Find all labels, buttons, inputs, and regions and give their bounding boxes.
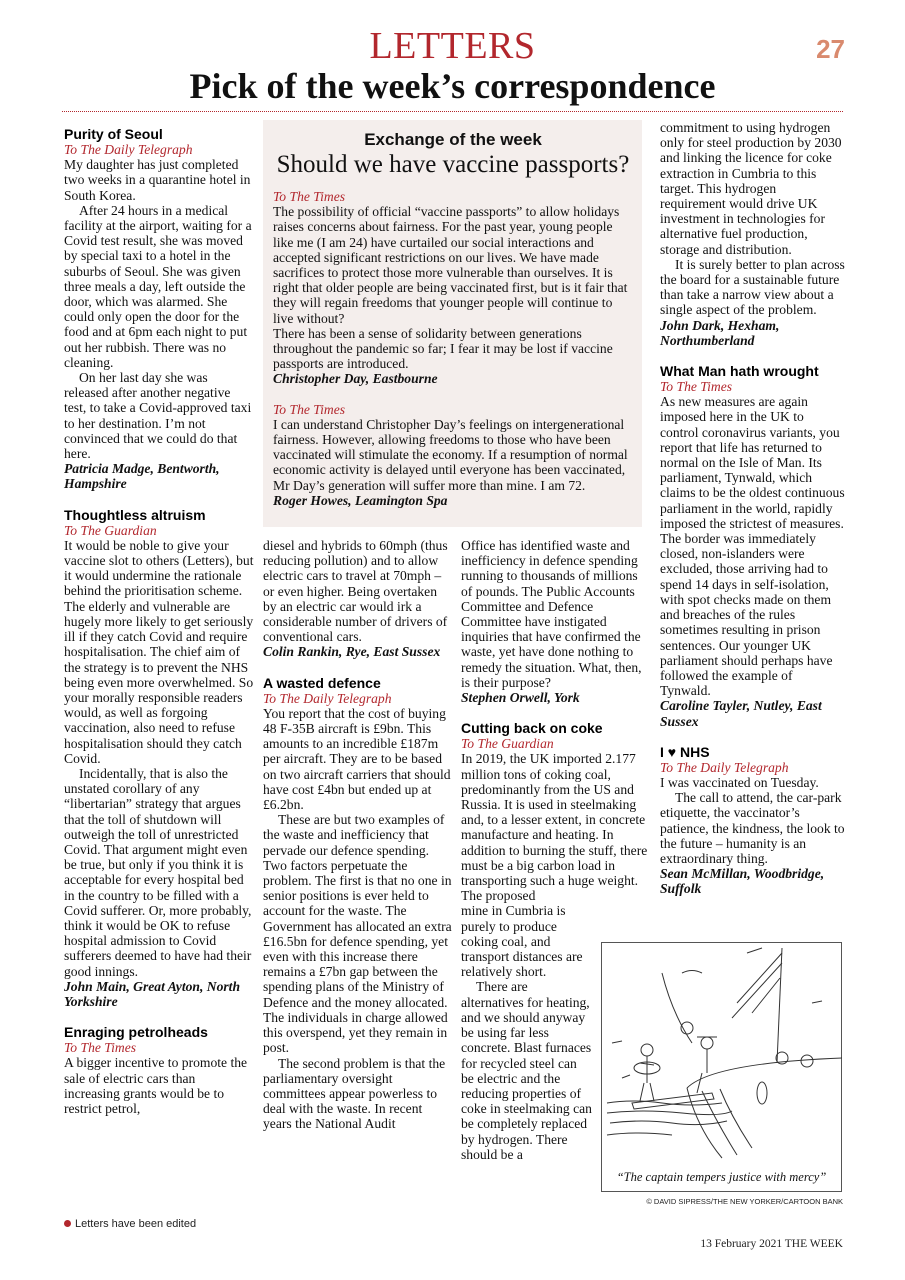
column-4: commitment to using hydrogen only for st… xyxy=(660,120,845,897)
letter-recipient: To The Times xyxy=(660,379,845,394)
letter-paragraph: I can understand Christopher Day’s feeli… xyxy=(273,417,633,493)
letter-paragraph: mine in Cumbria is purely to produce cok… xyxy=(461,903,593,979)
page-number: 27 xyxy=(816,34,845,65)
letter-signature: Patricia Madge, Bentworth, Hampshire xyxy=(64,461,254,491)
letter-paragraph: The call to attend, the car-park etiquet… xyxy=(660,790,845,866)
letter-paragraph: As new measures are again imposed here i… xyxy=(660,394,845,698)
letter-paragraph: My daughter has just completed two weeks… xyxy=(64,157,254,203)
section-title: LETTERS xyxy=(60,26,845,66)
letter-paragraph: There has been a sense of solidarity bet… xyxy=(273,326,633,372)
exchange-of-the-week-box: Exchange of the week Should we have vacc… xyxy=(263,120,642,527)
exchange-letter-2: To The Times I can understand Christophe… xyxy=(273,402,633,508)
letter-thoughtless-altruism: Thoughtless altruism To The Guardian It … xyxy=(64,507,254,1010)
cartoon: “The captain tempers justice with mercy” xyxy=(601,942,842,1192)
letter-paragraph: These are but two examples of the waste … xyxy=(263,812,453,1055)
letter-paragraph: commitment to using hydrogen only for st… xyxy=(660,120,845,257)
letter-paragraph: A bigger incentive to promote the sale o… xyxy=(64,1055,254,1116)
column-2: diesel and hybrids to 60mph (thus reduci… xyxy=(263,538,453,1132)
letter-signature: Caroline Tayler, Nutley, East Sussex xyxy=(660,698,845,728)
letter-paragraph: In 2019, the UK imported 2.177 million t… xyxy=(461,751,651,903)
pirate-ship-cartoon-illustration xyxy=(602,943,843,1168)
bullet-dot-icon xyxy=(64,1220,71,1227)
edited-note-text: Letters have been edited xyxy=(75,1218,196,1230)
letter-signature: John Main, Great Ayton, North Yorkshire xyxy=(64,979,254,1009)
cartoon-caption: “The captain tempers justice with mercy” xyxy=(602,1170,841,1185)
letter-paragraph: It would be noble to give your vaccine s… xyxy=(64,538,254,766)
header-divider xyxy=(62,111,843,112)
letter-paragraph: Office has identified waste and ineffici… xyxy=(461,538,651,690)
cartoon-credit: © DAVID SIPRESS/THE NEW YORKER/CARTOON B… xyxy=(600,1197,843,1206)
exchange-letter-1: To The Times The possibility of official… xyxy=(273,189,633,387)
letter-purity-of-seoul: Purity of Seoul To The Daily Telegraph M… xyxy=(64,126,254,492)
letter-heading: Enraging petrolheads xyxy=(64,1024,254,1040)
letter-paragraph: The second problem is that the parliamen… xyxy=(263,1056,453,1132)
letter-recipient: To The Daily Telegraph xyxy=(263,691,453,706)
letter-recipient: To The Times xyxy=(273,402,633,417)
column-1: Purity of Seoul To The Daily Telegraph M… xyxy=(64,126,254,1116)
letter-paragraph: diesel and hybrids to 60mph (thus reduci… xyxy=(263,538,453,644)
letter-paragraph: On her last day she was released after a… xyxy=(64,370,254,461)
letter-paragraph: I was vaccinated on Tuesday. xyxy=(660,775,845,790)
letter-recipient: To The Guardian xyxy=(64,523,254,538)
letter-what-man-hath-wrought: What Man hath wrought To The Times As ne… xyxy=(660,363,845,729)
letter-heading: Thoughtless altruism xyxy=(64,507,254,523)
letter-recipient: To The Times xyxy=(64,1040,254,1055)
letter-signature: Roger Howes, Leamington Spa xyxy=(273,493,633,508)
letter-paragraph: It is surely better to plan across the b… xyxy=(660,257,845,318)
letter-heading: What Man hath wrought xyxy=(660,363,845,379)
letter-signature: Colin Rankin, Rye, East Sussex xyxy=(263,644,453,659)
letter-heading: I ♥ NHS xyxy=(660,744,845,760)
letter-recipient: To The Daily Telegraph xyxy=(660,760,845,775)
page-subtitle: Pick of the week’s correspondence xyxy=(60,66,845,106)
letter-recipient: To The Times xyxy=(273,189,633,204)
letter-signature: Stephen Orwell, York xyxy=(461,690,651,705)
letter-recipient: To The Guardian xyxy=(461,736,651,751)
page-footer: 13 February 2021 THE WEEK xyxy=(700,1238,843,1250)
letter-paragraph: The possibility of official “vaccine pas… xyxy=(273,204,633,326)
letter-signature: Christopher Day, Eastbourne xyxy=(273,371,633,386)
letter-paragraph: Incidentally, that is also the unstated … xyxy=(64,766,254,979)
letter-paragraph: There are alternatives for heating, and … xyxy=(461,979,593,1161)
letter-heading: A wasted defence xyxy=(263,675,453,691)
letter-paragraph: You report that the cost of buying 48 F-… xyxy=(263,706,453,812)
letter-signature: Sean McMillan, Woodbridge, Suffolk xyxy=(660,866,845,896)
letter-recipient: To The Daily Telegraph xyxy=(64,142,254,157)
letter-heading: Cutting back on coke xyxy=(461,720,651,736)
letter-heading: Purity of Seoul xyxy=(64,126,254,142)
letter-paragraph: After 24 hours in a medical facility at … xyxy=(64,203,254,370)
edited-note: Letters have been edited xyxy=(64,1218,196,1230)
letter-i-love-nhs: I ♥ NHS To The Daily Telegraph I was vac… xyxy=(660,744,845,897)
letter-enraging-petrolheads: Enraging petrolheads To The Times A bigg… xyxy=(64,1024,254,1116)
exchange-title: Should we have vaccine passports? xyxy=(273,150,633,179)
letter-wasted-defence: A wasted defence To The Daily Telegraph … xyxy=(263,675,453,1132)
letter-signature: John Dark, Hexham, Northumberland xyxy=(660,318,845,348)
exchange-label: Exchange of the week xyxy=(273,130,633,150)
page-header: LETTERS Pick of the week’s correspondenc… xyxy=(60,26,845,106)
